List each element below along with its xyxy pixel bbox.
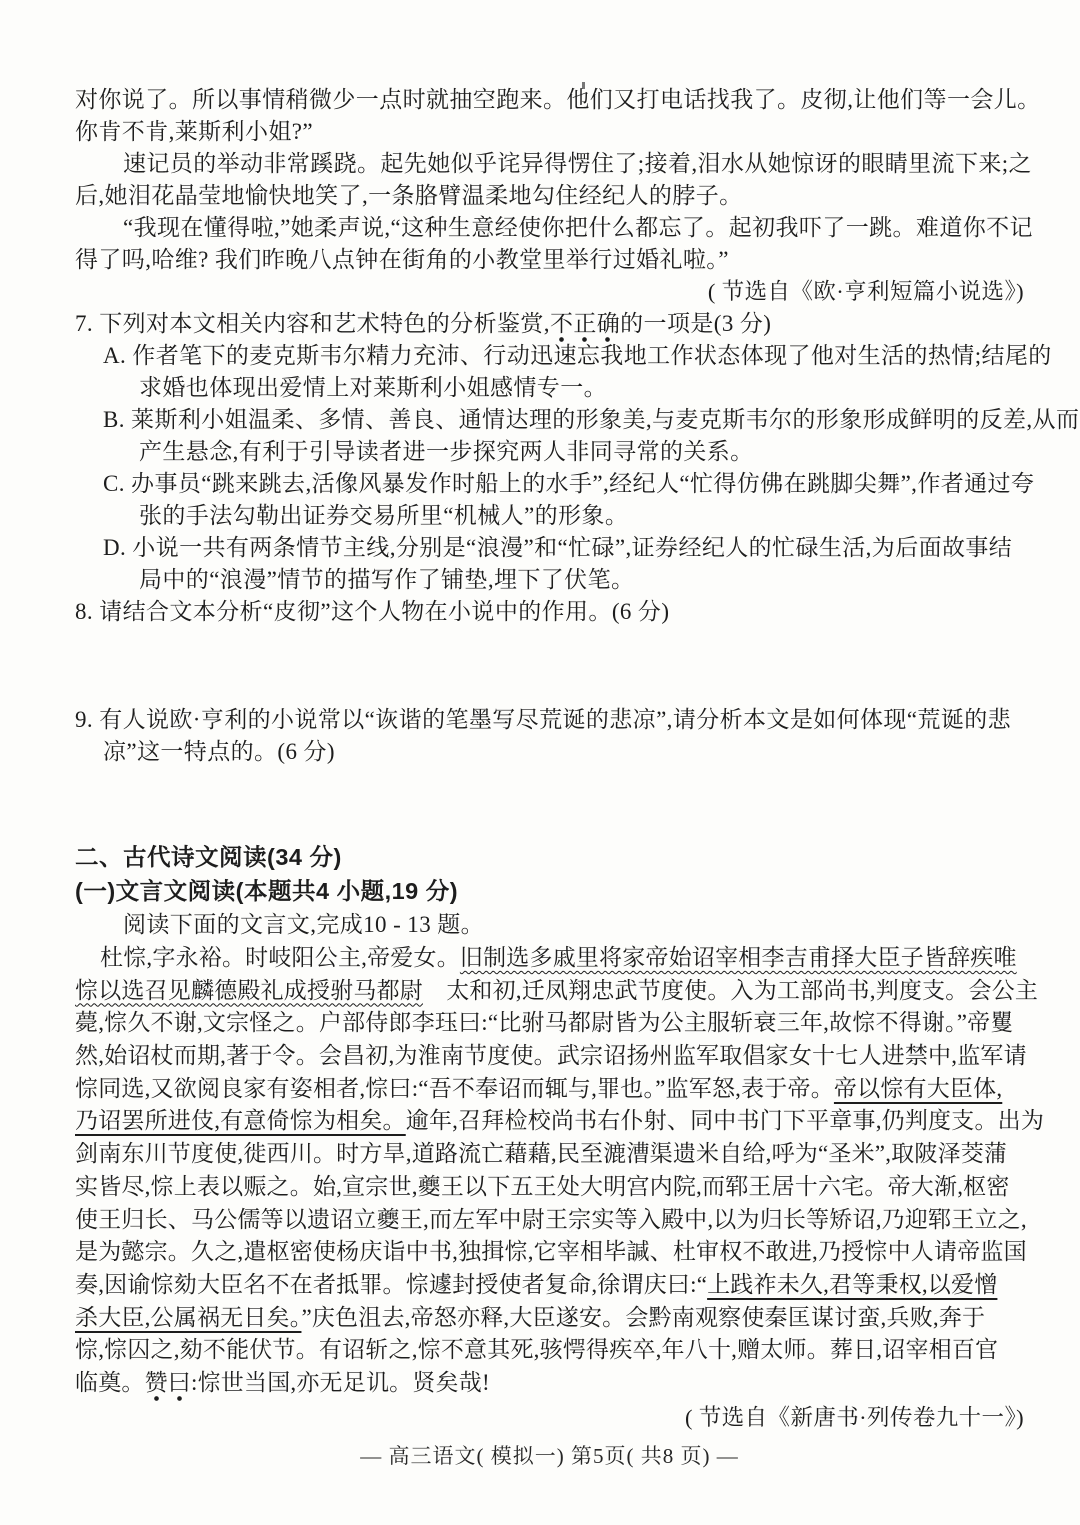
option-a-line: 求婚也体现出爱情上对莱斯利小姐感情专一。 <box>75 372 1024 404</box>
passage-line: 速记员的举动非常蹊跷。起先她似乎诧异得愣住了;接着,泪水从她惊讶的眼睛里流下来;… <box>75 148 1024 180</box>
text-segment: 杜悰,字永裕。时岐阳公主,帝爱女。 <box>100 945 460 970</box>
text-segment: 临奠。 <box>75 1370 145 1395</box>
classical-line: 然,始诏杖而期,著于令。会昌初,为淮南节度使。武宗诏扬州监军取倡家女十七人进禁中… <box>75 1040 1024 1073</box>
text-segment: 是为懿宗。久之,遣枢密使杨庆诣中书,独揖悰,它宰相毕諴、杜审权不敢进,乃授悰中人… <box>75 1239 1027 1264</box>
text-segment: :悰世当国,亦无足讥。贤矣哉! <box>191 1370 490 1395</box>
page-footer: — 高三语文( 模拟一) 第5页( 共8 页) — <box>75 1440 1024 1470</box>
option-c-line: C. 办事员“跳来跳去,活像风暴发作时船上的水手”,经纪人“忙得仿佛在跳脚尖舞”… <box>75 468 1024 500</box>
passage-line: 对你说了。所以事情稍微少一点时就抽空跑来。他们又打电话找我了。皮彻,让他们等一会… <box>75 84 1024 116</box>
text-segment: 悰同选,又欲阅良家有姿相者,悰曰:“吾不奉诏而辄与,罪也。”监军怒,表于帝。 <box>75 1076 834 1101</box>
section-2-subheading: (一)文言文阅读(本题共4 小题,19 分) <box>75 874 1024 908</box>
classical-line: 是为懿宗。久之,遣枢密使杨庆诣中书,独揖悰,它宰相毕諴、杜审权不敢进,乃授悰中人… <box>75 1236 1024 1269</box>
classical-passage: 杜悰,字永裕。时岐阳公主,帝爱女。旧制选多戚里将家帝始诏宰相李吉甫择大臣子皆辞疾… <box>75 942 1024 1400</box>
modern-text-passage: 对你说了。所以事情稍微少一点时就抽空跑来。他们又打电话找我了。皮彻,让他们等一会… <box>75 84 1024 308</box>
exam-page: 对你说了。所以事情稍微少一点时就抽空跑来。他们又打电话找我了。皮彻,让他们等一会… <box>0 0 1080 1525</box>
option-d-line: 局中的“浪漫”情节的描写作了铺垫,埋下了伏笔。 <box>75 564 1024 596</box>
text-segment: 得了吗,哈维? 我们昨晚八点钟在街角的小教堂里举行过婚礼啦。” <box>75 247 729 272</box>
question-8-stem: 8. 请结合文本分析“皮彻”这个人物在小说中的作用。(6 分) <box>75 596 1024 628</box>
classical-line: 使王归长、马公儒等以遗诏立夔王,而左军中尉王宗实等入殿中,以为归长等矫诏,乃迎郓… <box>75 1204 1024 1237</box>
classical-attribution: ( 节选自《新唐书·列传卷九十一》) <box>75 1402 1024 1434</box>
question-7-stem: 7. 下列对本文相关内容和艺术特色的分析鉴赏,不正确的一项是(3 分) <box>75 308 1024 340</box>
text-segment-dots: 不正确 <box>550 311 620 343</box>
question-9: 9. 有人说欧·亨利的小说常以“诙谐的笔墨写尽荒诞的悲凉”,请分析本文是如何体现… <box>75 704 1024 768</box>
classical-line: 乃诏罢所进伎,有意倚悰为相矣。逾年,召拜检校尚书右仆射、同中书门下平章事,仍判度… <box>75 1105 1024 1138</box>
text-segment-wavy: 旧制选多戚里将家帝始诏宰相李吉甫择大臣子皆辞疾唯 <box>460 945 1017 970</box>
text-segment: 7. 下列对本文相关内容和艺术特色的分析鉴赏, <box>75 311 550 336</box>
classical-line: 实皆尽,悰上表以赈之。始,宣宗世,夔王以下五王处大明宫内院,而郓王居十六宅。帝大… <box>75 1171 1024 1204</box>
text-segment: “我现在懂得啦,”她柔声说,“这种生意经使你把什么都忘了。起初我吓了一跳。难道你… <box>123 215 1033 240</box>
text-segment: A. 作者笔下的麦克斯韦尔精力充沛、行动迅速忘我地工作状态体现了他对生活的热情;… <box>103 343 1052 368</box>
section-2: 二、古代诗文阅读(34 分) (一)文言文阅读(本题共4 小题,19 分) 阅读… <box>75 840 1024 1434</box>
text-segment-u: 上践祚未久,君等秉权,以爱憎 <box>707 1272 997 1297</box>
text-segment: 8. 请结合文本分析“皮彻”这个人物在小说中的作用。(6 分) <box>75 599 669 624</box>
passage-line: 后,她泪花晶莹地愉快地笑了,一条胳臂温柔地勾住经纪人的脖子。 <box>75 180 1024 212</box>
text-segment: 使王归长、马公儒等以遗诏立夔王,而左军中尉王宗实等入殿中,以为归长等矫诏,乃迎郓… <box>75 1207 1027 1232</box>
text-segment: ”庆色沮去,帝怒亦释,大臣遂安。会黔南观察使秦匡谋讨蛮,兵败,奔于 <box>301 1305 985 1330</box>
passage-line: 你肯不肯,莱斯利小姐?” <box>75 116 1024 148</box>
text-segment: 对你说了。所以事情稍微少一点时就抽空跑来。他们又打电话找我了。皮彻,让他们等一会… <box>75 87 1041 112</box>
text-segment: 产生悬念,有利于引导读者进一步探究两人非同寻常的关系。 <box>139 439 754 464</box>
option-a-line: A. 作者笔下的麦克斯韦尔精力充沛、行动迅速忘我地工作状态体现了他对生活的热情;… <box>75 340 1024 372</box>
classical-line: 杀大臣,公属祸无日矣。”庆色沮去,帝怒亦释,大臣遂安。会黔南观察使秦匡谋讨蛮,兵… <box>75 1302 1024 1335</box>
classical-line: 杜悰,字永裕。时岐阳公主,帝爱女。旧制选多戚里将家帝始诏宰相李吉甫择大臣子皆辞疾… <box>75 942 1024 975</box>
option-c-line: 张的手法勾勒出证券交易所里“机械人”的形象。 <box>75 500 1024 532</box>
text-segment: 逾年,召拜检校尚书右仆射、同中书门下平章事,仍判度支。出为 <box>406 1108 1044 1133</box>
text-segment: 的一项是(3 分) <box>620 311 771 336</box>
text-segment: 张的手法勾勒出证券交易所里“机械人”的形象。 <box>139 503 628 528</box>
text-segment: 奏,因谕悰劾大臣名不在者抵罪。悰遽封授使者复命,徐谓庆曰:“ <box>75 1272 707 1297</box>
question-8: 8. 请结合文本分析“皮彻”这个人物在小说中的作用。(6 分) <box>75 596 1024 628</box>
text-segment: 速记员的举动非常蹊跷。起先她似乎诧异得愣住了;接着,泪水从她惊讶的眼睛里流下来;… <box>123 151 1032 176</box>
text-segment: 剑南东川节度使,徙西川。时方旱,道路流亡藉藉,民至漉漕渠遗米自给,呼为“圣米”,… <box>75 1141 1007 1166</box>
text-segment: 然,始诏杖而期,著于令。会昌初,为淮南节度使。武宗诏扬州监军取倡家女十七人进禁中… <box>75 1043 1027 1068</box>
text-segment: B. 莱斯利小姐温柔、多情、善良、通情达理的形象美,与麦克斯韦尔的形象形成鲜明的… <box>103 407 1079 432</box>
option-d-line: D. 小说一共有两条情节主线,分别是“浪漫”和“忙碌”,证券经纪人的忙碌生活,为… <box>75 532 1024 564</box>
classical-line: 悰,悰囚之,劾不能伏节。有诏斩之,悰不意其死,骇愕得疾卒,年八十,赠太师。葬日,… <box>75 1334 1024 1367</box>
option-b-line: B. 莱斯利小姐温柔、多情、善良、通情达理的形象美,与麦克斯韦尔的形象形成鲜明的… <box>75 404 1024 436</box>
text-segment: 你肯不肯,莱斯利小姐?” <box>75 119 313 144</box>
story-attribution: ( 节选自《欧·亨利短篇小说选》) <box>75 276 1024 308</box>
text-segment-u: 杀大臣,公属祸无日矣。 <box>75 1305 301 1330</box>
classical-line: 临奠。赞曰:悰世当国,亦无足讥。贤矣哉! <box>75 1367 1024 1400</box>
page-content: 对你说了。所以事情稍微少一点时就抽空跑来。他们又打电话找我了。皮彻,让他们等一会… <box>75 0 1024 1470</box>
text-segment: 薨,悰久不谢,文宗怪之。户部侍郎李珏曰:“比驸马都尉皆为公主服斩衰三年,故悰不得… <box>75 1010 1014 1035</box>
text-segment: 太和初,迁凤翔忠武节度使。入为工部尚书,判度支。会公主 <box>423 978 1038 1003</box>
passage-line: 得了吗,哈维? 我们昨晚八点钟在街角的小教堂里举行过婚礼啦。” <box>75 244 1024 276</box>
question-9-stem: 9. 有人说欧·亨利的小说常以“诙谐的笔墨写尽荒诞的悲凉”,请分析本文是如何体现… <box>75 704 1024 736</box>
text-segment: 求婚也体现出爱情上对莱斯利小姐感情专一。 <box>139 375 607 400</box>
text-segment: D. 小说一共有两条情节主线,分别是“浪漫”和“忙碌”,证券经纪人的忙碌生活,为… <box>103 535 1012 560</box>
text-segment: 9. 有人说欧·亨利的小说常以“诙谐的笔墨写尽荒诞的悲凉”,请分析本文是如何体现… <box>75 707 1011 732</box>
text-segment-dots: 赞曰 <box>145 1370 191 1402</box>
classical-line: 剑南东川节度使,徙西川。时方旱,道路流亡藉藉,民至漉漕渠遗米自给,呼为“圣米”,… <box>75 1138 1024 1171</box>
classical-line: 薨,悰久不谢,文宗怪之。户部侍郎李珏曰:“比驸马都尉皆为公主服斩衰三年,故悰不得… <box>75 1007 1024 1040</box>
question-9-stem: 凉”这一特点的。(6 分) <box>75 736 1024 768</box>
text-segment: 后,她泪花晶莹地愉快地笑了,一条胳臂温柔地勾住经纪人的脖子。 <box>75 183 743 208</box>
classical-line: 奏,因谕悰劾大臣名不在者抵罪。悰遽封授使者复命,徐谓庆曰:“上践祚未久,君等秉权… <box>75 1269 1024 1302</box>
text-segment-wavy: 悰以选召见麟德殿礼成授驸马都尉 <box>75 978 423 1003</box>
classical-line: 悰同选,又欲阅良家有姿相者,悰曰:“吾不奉诏而辄与,罪也。”监军怒,表于帝。帝以… <box>75 1073 1024 1106</box>
question-7: 7. 下列对本文相关内容和艺术特色的分析鉴赏,不正确的一项是(3 分) A. 作… <box>75 308 1024 596</box>
text-segment-u: 乃诏罢所进伎,有意倚悰为相矣。 <box>75 1108 406 1133</box>
section-2-heading: 二、古代诗文阅读(34 分) <box>75 840 1024 874</box>
classical-line: 悰以选召见麟德殿礼成授驸马都尉 太和初,迁凤翔忠武节度使。入为工部尚书,判度支。… <box>75 975 1024 1008</box>
text-segment: 实皆尽,悰上表以赈之。始,宣宗世,夔王以下五王处大明宫内院,而郓王居十六宅。帝大… <box>75 1174 1010 1199</box>
text-segment: 凉”这一特点的。(6 分) <box>103 739 335 764</box>
text-segment: 悰,悰囚之,劾不能伏节。有诏斩之,悰不意其死,骇愕得疾卒,年八十,赠太师。葬日,… <box>75 1337 998 1362</box>
option-b-line: 产生悬念,有利于引导读者进一步探究两人非同寻常的关系。 <box>75 436 1024 468</box>
passage-line: “我现在懂得啦,”她柔声说,“这种生意经使你把什么都忘了。起初我吓了一跳。难道你… <box>75 212 1024 244</box>
section-2-intro: 阅读下面的文言文,完成10 - 13 题。 <box>75 908 1024 942</box>
text-segment-u: 帝以悰有大臣体, <box>834 1076 1002 1101</box>
text-segment: 局中的“浪漫”情节的描写作了铺垫,埋下了伏笔。 <box>139 567 634 592</box>
text-segment: C. 办事员“跳来跳去,活像风暴发作时船上的水手”,经纪人“忙得仿佛在跳脚尖舞”… <box>103 471 1034 496</box>
